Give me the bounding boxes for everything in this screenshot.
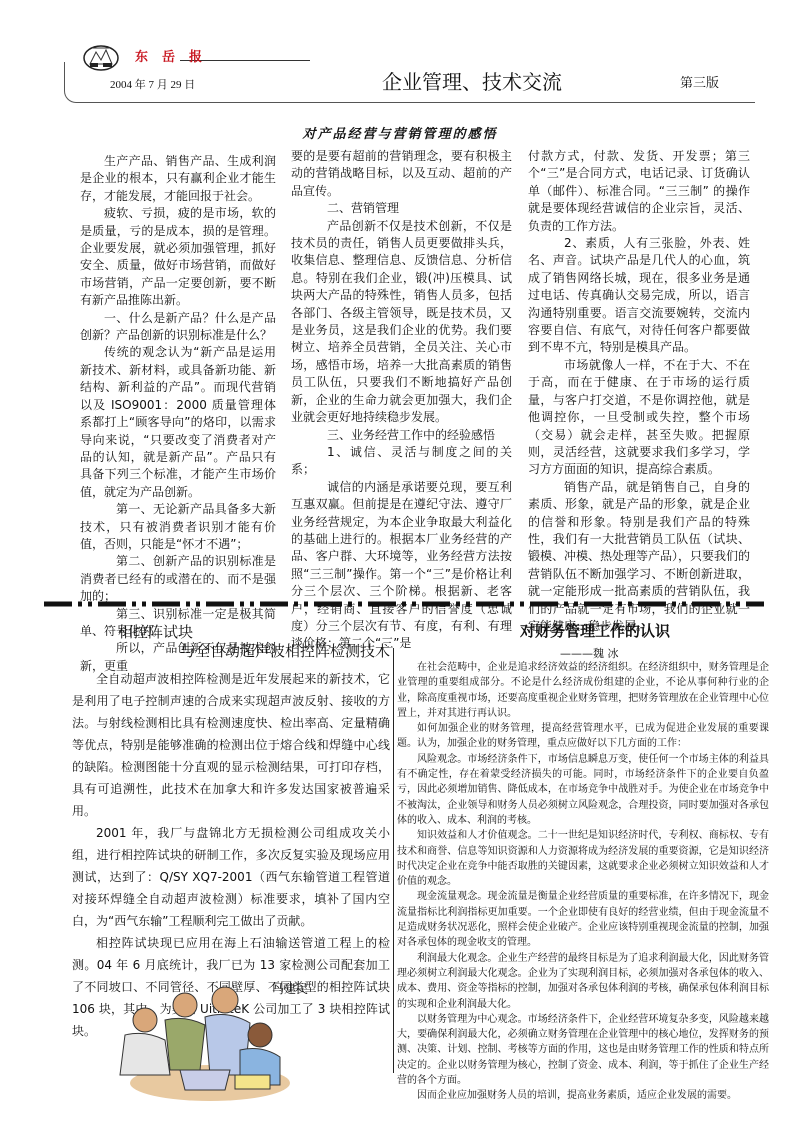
paragraph: 因而企业应加强财务人员的培训，提高业务素质，适应企业发展的需要。 (397, 1088, 769, 1103)
article1-column-2: 要的是要有超前的营销理念，要有积极主动的营销战略目标，以及互动、超前的产品宣传。… (291, 148, 512, 653)
paragraph: 如何加强企业的财务管理，提高经营管理水平，已成为促进企业发展的重要课题。认为，加… (397, 721, 769, 752)
paragraph: 现金流量观念。现金流量是衡量企业经营质量的重要标准，在许多情况下，现金流量指标比… (397, 889, 769, 950)
paragraph: 销售产品，就是销售自己，自身的素质、形象，就是产品的形象，就是企业的信誉和形象。… (528, 479, 750, 636)
subheading: 一、什么是新产品？什么是产品创新？产品创新的识别标准是什么？ (80, 310, 276, 345)
paragraph: 要的是要有超前的营销理念，要有积极主动的营销战略目标，以及互动、超前的产品宣传。 (291, 148, 512, 200)
article3-title: 对财务管理工作的认识 (405, 620, 785, 641)
paragraph: 全自动超声波相控阵检测是近年发展起来的新技术，它是利用了电子控制声速的合成来实现… (72, 668, 390, 822)
paragraph: 第一、无论新产品具备多大新技术，只有被消费者识别才能有价值，否则，只能是“怀才不… (80, 501, 276, 553)
newspaper-logo-icon (82, 44, 120, 72)
paragraph: 生产产品、销售产品、生成利润是企业的根本，只有赢利企业才能生存，才能发展，才能回… (80, 153, 276, 205)
page-number: 第三版 (680, 72, 719, 91)
paragraph: 市场就像人一样，不在于大、不在于高，而在于健康、在于市场的运行质量，与客户打交道… (528, 357, 750, 479)
section-title: 企业管理、技术交流 (382, 66, 562, 95)
paragraph: 2、素质，人有三张脸，外表、姓名、声音。试块产品是几代人的心血，筑成了销售网络长… (528, 235, 750, 357)
subheading: 三、业务经营工作中的经验感悟 (291, 427, 512, 444)
subheading: 二、营销管理 (291, 200, 512, 217)
paper-name: 东岳报 (135, 46, 216, 65)
article1-column-1: 生产产品、销售产品、生成利润是企业的根本，只有赢利企业才能生存，才能发展，才能回… (80, 153, 276, 675)
business-team-clipart-icon (100, 975, 300, 1105)
paragraph: 2001 年，我厂与盘锦北方无损检测公司组成攻关小组，进行相控阵试块的研制工作，… (72, 822, 390, 932)
article3-author: ———魏 冰 (560, 645, 619, 661)
paragraph: 传统的观念认为“新产品是运用新技术、新材料，或具备新功能、新结构、新利益的产品”… (80, 344, 276, 501)
article2-title-line2: 与全自动超声波相控阵检测技术 (180, 640, 390, 661)
paragraph: 以财务管理为中心观念。市场经济条件下，企业经营环境复杂多变，风险越来越大，要确保… (397, 1012, 769, 1088)
section-divider (44, 601, 764, 607)
paragraph: 风险观念。市场经济条件下，市场信息瞬息万变，使任何一个市场主体的利益具有不确定性… (397, 752, 769, 828)
paragraph: 知识效益和人才价值观念。二十一世纪是知识经济时代，专利权、商标权、专有技术和商誉… (397, 828, 769, 889)
issue-date: 2004 年 7 月 29 日 (110, 76, 195, 92)
paragraph: 产品创新不仅是技术创新，不仅是技术员的责任，销售人员更要做排头兵，收集信息、整理… (291, 218, 512, 427)
article1-column-3: 付款方式，付款、发货、开发票；第三个“三”是合同方式，电话记录、订货确认单（邮件… (528, 148, 750, 635)
article3-body: 在社会范畴中，企业是追求经济效益的经济组织。在经济组织中，财务管理是企业管理的重… (397, 660, 769, 1104)
paragraph: 付款方式，付款、发货、开发票；第三个“三”是合同方式，电话记录、订货确认单（邮件… (528, 148, 750, 235)
article2-title-line1: 相控阵试块 (118, 621, 193, 642)
article1-title: 对产品经营与营销管理的感悟 (0, 123, 800, 142)
paragraph: 利润最大化观念。企业生产经营的最终目标是为了追求利润最大化，因此财务管理必须树立… (397, 951, 769, 1012)
column-divider (393, 648, 394, 1073)
paragraph: 疲软、亏损，疲的是市场，软的是质量，亏的是成本，损的是管理。企业要发展，就必须加… (80, 205, 276, 309)
paragraph: 第二、创新产品的识别标准是消费者已经有的或潜在的、而不是强加的； (80, 553, 276, 605)
paragraph: 在社会范畴中，企业是追求经济效益的经济组织。在经济组织中，财务管理是企业管理的重… (397, 660, 769, 721)
subheading: 1、诚信、灵活与制度之间的关系； (291, 444, 512, 479)
